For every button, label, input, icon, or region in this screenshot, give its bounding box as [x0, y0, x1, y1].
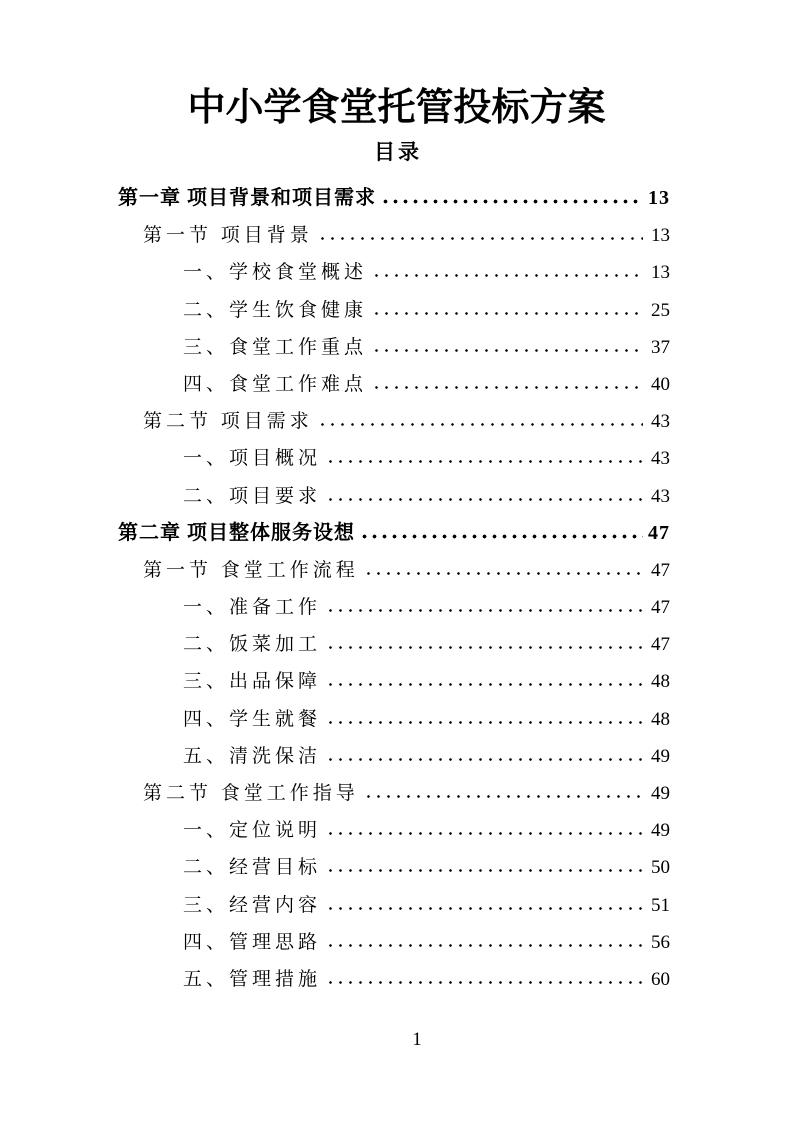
dot-leader	[328, 980, 643, 985]
toc-entry-page: 49	[648, 738, 670, 775]
toc-entry-label: 三、经营内容	[183, 887, 321, 924]
dot-leader	[374, 385, 643, 390]
toc-entry[interactable]: 五、清洗保洁 49	[118, 738, 670, 775]
toc-entry-label: 二、学生饮食健康	[183, 292, 367, 329]
toc-entry[interactable]: 第一章 项目背景和项目需求 13	[118, 180, 670, 217]
toc-entry-label: 四、学生就餐	[183, 701, 321, 738]
toc-entry-label: 第二节 食堂工作指导	[143, 775, 359, 812]
toc-entry-page: 48	[648, 701, 670, 738]
toc-entry-page: 43	[648, 440, 670, 477]
toc-entry[interactable]: 三、经营内容 51	[118, 887, 670, 924]
toc-entry-page: 60	[648, 961, 670, 998]
dot-leader	[328, 645, 643, 650]
toc-entry-label: 第二章 项目整体服务设想	[118, 515, 355, 552]
toc-entry-label: 四、食堂工作难点	[183, 366, 367, 403]
toc-entry-label: 三、出品保障	[183, 663, 321, 700]
toc-entry-label: 一、定位说明	[183, 812, 321, 849]
toc-heading: 目录	[0, 138, 793, 166]
dot-leader	[320, 236, 643, 241]
toc-entry-label: 第一节 食堂工作流程	[143, 552, 359, 589]
footer-page-number: 1	[41, 1028, 793, 1052]
dot-leader	[328, 757, 643, 762]
dot-leader	[328, 906, 643, 911]
toc-entry-page: 48	[648, 663, 670, 700]
dot-leader	[383, 199, 643, 204]
toc-entry[interactable]: 二、项目要求 43	[118, 478, 670, 515]
toc-entry-label: 二、项目要求	[183, 478, 321, 515]
toc-entry-page: 47	[648, 589, 670, 626]
dot-leader	[328, 459, 643, 464]
toc-entry-label: 第一节 项目背景	[143, 217, 313, 254]
toc-entry-page: 40	[648, 366, 670, 403]
toc-entry[interactable]: 四、学生就餐 48	[118, 701, 670, 738]
toc-entry-label: 第二节 项目需求	[143, 403, 313, 440]
toc-entry-label: 二、饭菜加工	[183, 626, 321, 663]
toc-entry-label: 第一章 项目背景和项目需求	[118, 180, 376, 217]
toc-entry-page: 37	[648, 329, 670, 366]
toc-entry[interactable]: 第一节 项目背景 13	[118, 217, 670, 254]
toc-entry[interactable]: 四、食堂工作难点 40	[118, 366, 670, 403]
toc-entry-label: 二、经营目标	[183, 849, 321, 886]
toc-entry[interactable]: 一、定位说明 49	[118, 812, 670, 849]
toc-entry-label: 三、食堂工作重点	[183, 329, 367, 366]
toc-entry-page: 13	[648, 254, 670, 291]
toc-entry-page: 13	[648, 180, 670, 217]
dot-leader	[374, 348, 643, 353]
toc-entry[interactable]: 第二章 项目整体服务设想 47	[118, 515, 670, 552]
dot-leader	[328, 868, 643, 873]
toc-entry[interactable]: 一、项目概况 43	[118, 440, 670, 477]
toc-entry-page: 50	[648, 849, 670, 886]
toc-entry-page: 51	[648, 887, 670, 924]
dot-leader	[366, 794, 643, 799]
toc-entry[interactable]: 三、出品保障 48	[118, 663, 670, 700]
toc-entry-label: 五、管理措施	[183, 961, 321, 998]
toc-entry[interactable]: 四、管理思路 56	[118, 924, 670, 961]
dot-leader	[328, 608, 643, 613]
document-title: 中小学食堂托管投标方案	[0, 84, 793, 132]
toc-entry[interactable]: 第二节 项目需求 43	[118, 403, 670, 440]
toc-entry-label: 一、学校食堂概述	[183, 254, 367, 291]
toc-entry-label: 四、管理思路	[183, 924, 321, 961]
toc-entry[interactable]: 一、准备工作 47	[118, 589, 670, 626]
dot-leader	[374, 273, 643, 278]
dot-leader	[328, 831, 643, 836]
toc-entry-page: 43	[648, 403, 670, 440]
toc-entry-page: 43	[648, 478, 670, 515]
toc-entry[interactable]: 一、学校食堂概述 13	[118, 254, 670, 291]
toc-entry[interactable]: 第一节 食堂工作流程 47	[118, 552, 670, 589]
toc-entry[interactable]: 二、饭菜加工 47	[118, 626, 670, 663]
toc-entry-page: 49	[648, 775, 670, 812]
dot-leader	[328, 682, 643, 687]
toc-entry-page: 56	[648, 924, 670, 961]
toc-entry-label: 一、准备工作	[183, 589, 321, 626]
toc-entry[interactable]: 第二节 食堂工作指导 49	[118, 775, 670, 812]
dot-leader	[328, 720, 643, 725]
toc-entry[interactable]: 二、学生饮食健康 25	[118, 292, 670, 329]
toc-entry-page: 47	[648, 626, 670, 663]
document-page: 中小学食堂托管投标方案 目录 第一章 项目背景和项目需求 13 第一节 项目背景…	[0, 0, 793, 1122]
dot-leader	[366, 571, 643, 576]
toc-entry-page: 13	[648, 217, 670, 254]
toc-list: 第一章 项目背景和项目需求 13 第一节 项目背景 13 一、学校食堂概述 13…	[118, 180, 670, 998]
dot-leader	[362, 534, 643, 539]
toc-entry-page: 47	[648, 552, 670, 589]
toc-entry[interactable]: 五、管理措施 60	[118, 961, 670, 998]
toc-entry[interactable]: 二、经营目标 50	[118, 849, 670, 886]
toc-entry-page: 25	[648, 292, 670, 329]
dot-leader	[328, 497, 643, 502]
toc-entry-label: 五、清洗保洁	[183, 738, 321, 775]
dot-leader	[320, 422, 643, 427]
dot-leader	[328, 943, 643, 948]
toc-entry[interactable]: 三、食堂工作重点 37	[118, 329, 670, 366]
toc-entry-label: 一、项目概况	[183, 440, 321, 477]
dot-leader	[374, 311, 643, 316]
toc-entry-page: 49	[648, 812, 670, 849]
toc-entry-page: 47	[648, 515, 670, 552]
